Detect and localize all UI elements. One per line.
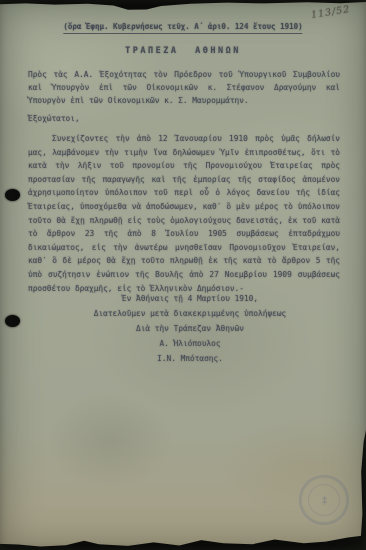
scanned-document-page: 113/52 (ὅρα Ἐφημ. Κυβερνήσεως τεῦχ. Α΄ ἀ… [0, 0, 366, 550]
organization-title: ΤΡΑΠΕΖΑ ΑΘΗΝΩΝ [125, 46, 241, 56]
valediction-line: Διατελοῦμεν μετὰ διακεκριμμένης ὑπολήψεω… [55, 307, 325, 322]
punch-hole [5, 315, 20, 327]
gazette-reference-line: (ὅρα Ἐφημ. Κυβερνήσεως τεῦχ. Α΄ ἀριθ. 12… [63, 22, 302, 34]
letter-body-paragraph: Συνεχίζοντες τὴν ἀπὸ 12 Ἰανουαρίου 1910 … [28, 132, 340, 295]
recipient-paragraph: Πρὸς τὰς Α.Α. Ἐξοχότητας τὸν Πρόεδρον το… [28, 68, 340, 107]
salutation-line: Ἐξοχώτατοι, [28, 114, 80, 123]
seal-monogram-icon: ‡ [308, 484, 340, 516]
closing-block: Ἐν Ἀθήναις τῇ 4 Μαρτίου 1910, Διατελοῦμε… [55, 292, 325, 367]
punch-hole [5, 189, 20, 201]
circular-seal-stamp: ‡ [299, 475, 349, 525]
on-behalf-line: Διὰ τὴν Τράπεζαν Ἀθηνῶν [55, 322, 325, 337]
signature-name: Ι.Ν. Μπότασης. [55, 352, 325, 367]
signature-name: Α. Ἠλιόπουλος [55, 337, 325, 352]
dateline: Ἐν Ἀθήναις τῇ 4 Μαρτίου 1910, [55, 292, 325, 307]
